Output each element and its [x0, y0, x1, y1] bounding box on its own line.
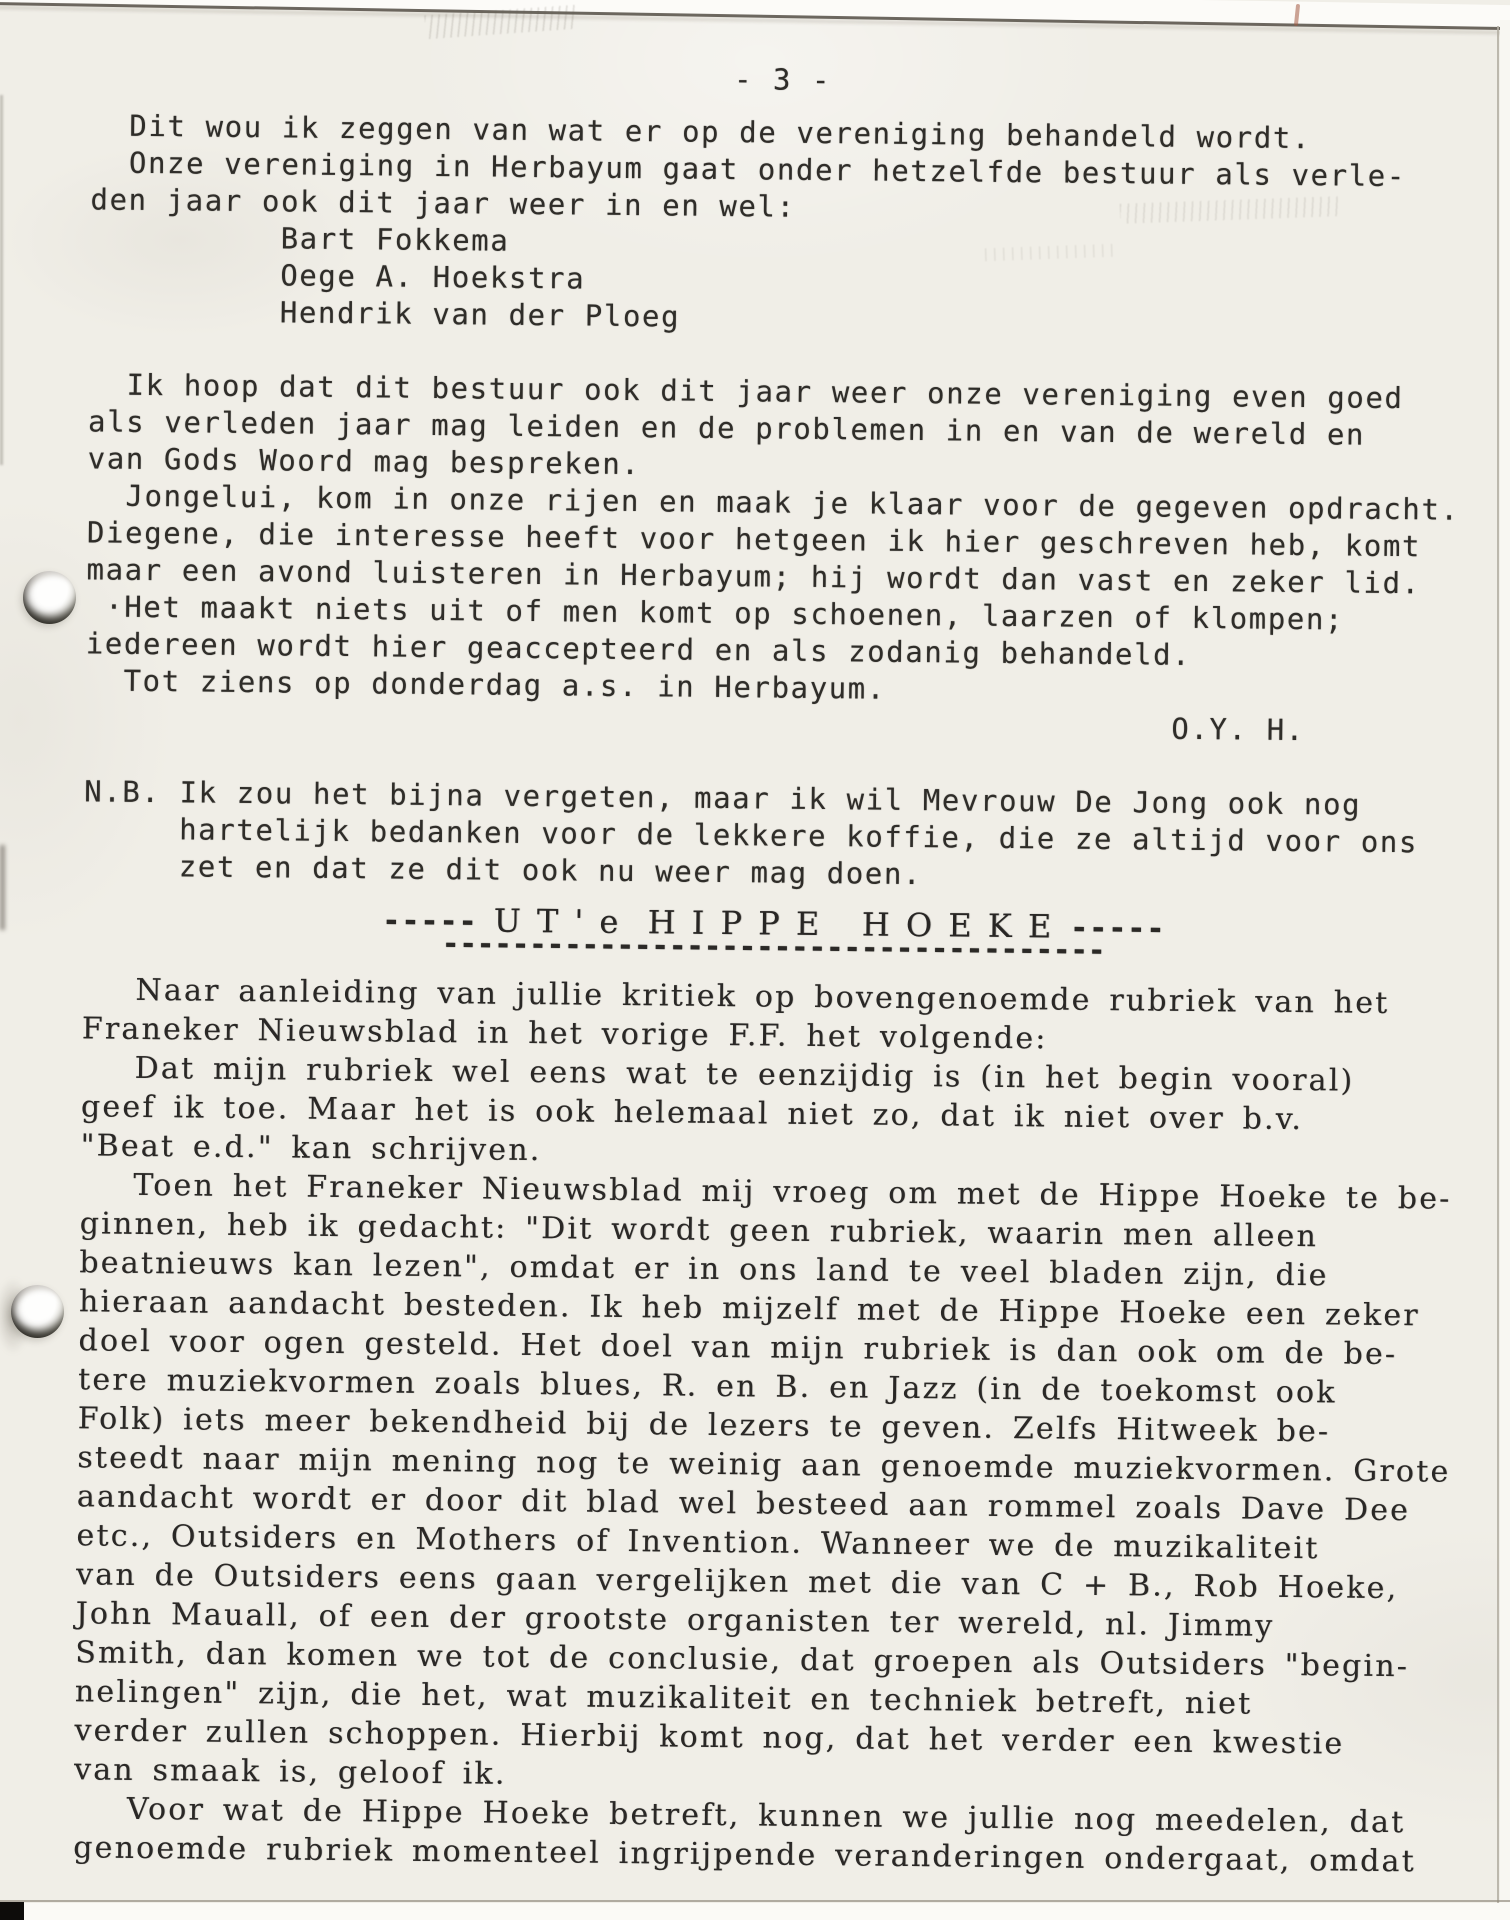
punch-hole-bottom	[11, 1285, 64, 1338]
left-edge-smudge	[0, 845, 5, 930]
page-right-edge	[1497, 26, 1499, 1906]
page-number: - 3 -	[92, 54, 1474, 105]
typed-text-top: Dit wou ik zeggen van wat er op de veren…	[83, 107, 1473, 898]
typed-content: - 3 - Dit wou ik zeggen van wat er op de…	[73, 54, 1474, 1881]
page-right-margin	[1500, 20, 1510, 1920]
page-bottom-edge-white	[0, 1903, 1510, 1920]
punch-hole-top	[23, 571, 76, 624]
typed-text-bottom: Naar aanleiding van jullie kritiek op bo…	[73, 970, 1464, 1881]
left-edge-smudge	[0, 95, 3, 465]
page-bottom-edge	[0, 1900, 1510, 1902]
page-corner-shadow	[0, 1902, 24, 1920]
